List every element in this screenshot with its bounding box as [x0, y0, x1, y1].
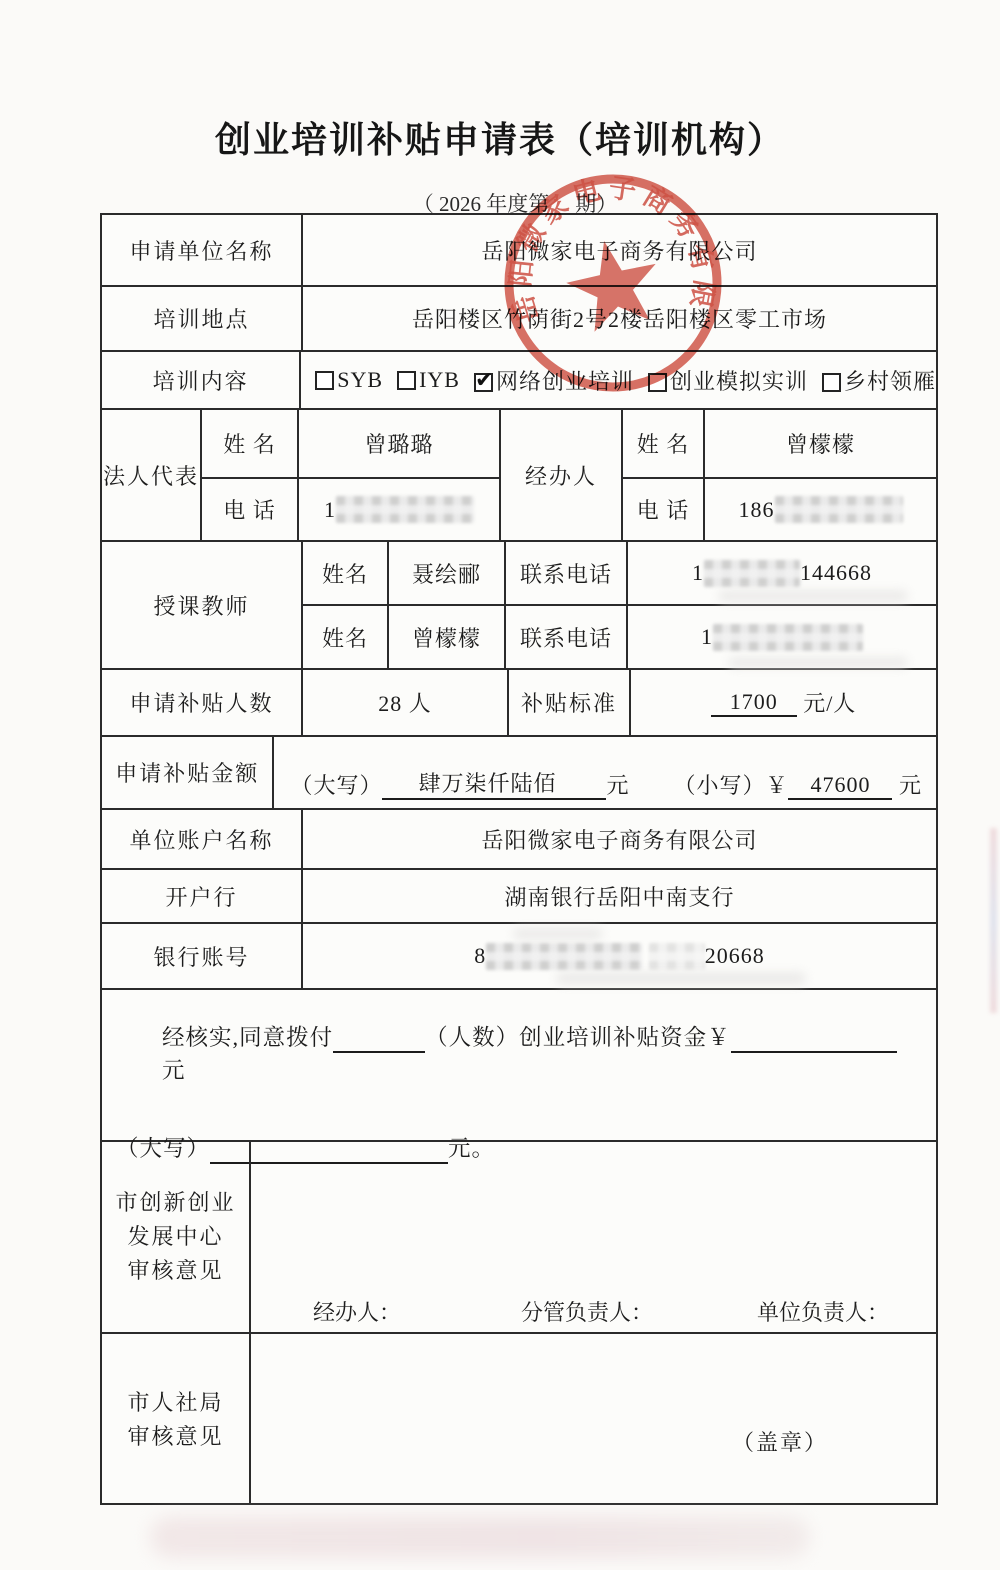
redaction-blur — [486, 943, 642, 970]
label-line: 市创新创业 — [115, 1186, 235, 1220]
table-row: 单位账户名称 岳阳微家电子商务有限公司 — [102, 810, 936, 870]
legal-rep-phone: 1 — [299, 479, 499, 540]
scanned-form-page: 创业培训补贴申请表（培训机构） （ 2026 年度第期） 申请单位名称 岳阳微家… — [0, 0, 1000, 1570]
account-no-label: 银行账号 — [102, 924, 303, 988]
phone-prefix: 1 — [324, 497, 336, 523]
standard-value: 1700 元/人 — [631, 670, 936, 735]
teacher1-name-label: 姓名 — [303, 542, 389, 604]
caps-amount: 肆万柒仟陆佰 — [382, 767, 592, 800]
scan-smudge — [718, 590, 908, 602]
option-label: 乡村领雁 — [844, 369, 936, 394]
caps-label: （大写） — [290, 769, 382, 800]
table-row: 法人代表 姓 名 曾璐璐 电 话 1 经办人 姓 名 曾檬檬 — [102, 410, 936, 542]
agent-label: 经办人 — [501, 410, 623, 540]
account-no-value: 8 20668 — [303, 924, 936, 988]
small-label: （小写）￥ — [673, 769, 788, 800]
company-seal-stamp: 岳阳微家电子商务有限公司 — [472, 141, 755, 425]
option-label: SYB — [337, 367, 383, 392]
table-row: 开户行 湖南银行岳阳中南支行 — [102, 870, 936, 924]
legal-rep-label: 法人代表 — [102, 410, 202, 540]
legal-rep-phone-label: 电 话 — [202, 479, 299, 540]
table-row: 经核实,同意拨付 （人数）创业培训补贴资金￥ 元 （大写） 元。 — [102, 990, 936, 1142]
option-syb: SYB — [315, 367, 383, 393]
location-label: 培训地点 — [102, 287, 303, 350]
verify-line1: 经核实,同意拨付 （人数）创业培训补贴资金￥ 元 — [116, 1020, 916, 1085]
agent-name: 曾檬檬 — [705, 410, 936, 477]
teacher1-phone-label: 联系电话 — [506, 542, 628, 604]
scan-smudge — [728, 657, 908, 668]
table-row: 银行账号 8 20668 — [102, 924, 936, 990]
checkbox-icon — [822, 373, 841, 392]
account-name-label: 单位账户名称 — [102, 810, 303, 868]
seal-hint: （盖章） — [732, 1426, 828, 1457]
center-review-label: 市创新创业 发展中心 审核意见 — [102, 1142, 251, 1332]
table-row: 市创新创业 发展中心 审核意见 经办人： 分管负责人： 单位负责人： — [102, 1142, 936, 1334]
label-line: 发展中心 — [115, 1220, 235, 1254]
amount-value: （大写）肆万柒仟陆佰 元（小写）￥47600 元 — [274, 737, 936, 808]
table-row: 授课教师 姓名 聂绘郦 联系电话 1144668 姓名 曾檬檬 联系电话 — [102, 542, 936, 670]
signer-agent: 经办人： — [313, 1296, 401, 1327]
table-row: 市人社局 审核意见 （盖章） — [102, 1334, 936, 1505]
table-row: 申请补贴人数 28 人 补贴标准 1700 元/人 — [102, 670, 936, 737]
label-line: 审核意见 — [115, 1254, 235, 1288]
center-review-content: 经办人： 分管负责人： 单位负责人： — [251, 1142, 936, 1332]
verify-section: 经核实,同意拨付 （人数）创业培训补贴资金￥ 元 （大写） 元。 — [102, 990, 936, 1140]
caps-unit: 元 — [606, 769, 629, 800]
phone-prefix: 1 — [692, 560, 704, 586]
teachers-label: 授课教师 — [102, 542, 303, 668]
redaction-blur — [713, 624, 863, 651]
signer-supervisor: 分管负责人： — [521, 1296, 653, 1327]
teacher2-phone-label: 联系电话 — [506, 606, 628, 668]
phone-prefix: 186 — [739, 497, 775, 523]
small-unit: 元 — [899, 769, 922, 800]
label-line: 审核意见 — [127, 1420, 223, 1454]
scan-artifact — [990, 828, 997, 1013]
option-rural: 乡村领雁 — [822, 365, 936, 396]
account-suffix: 20668 — [705, 943, 765, 969]
unit-name-label: 申请单位名称 — [102, 215, 303, 285]
bureau-review-label: 市人社局 审核意见 — [102, 1334, 251, 1505]
teacher1-phone: 1144668 — [628, 542, 936, 604]
training-content-label: 培训内容 — [102, 352, 301, 408]
standard-amount: 1700 — [711, 689, 797, 717]
option-iyb: IYB — [397, 367, 460, 393]
redaction-blur — [775, 496, 903, 523]
form-title: 创业培训补贴申请表（培训机构） — [0, 112, 1000, 163]
headcount-value: 28 人 — [303, 670, 509, 735]
bank-label: 开户行 — [102, 870, 303, 922]
standard-unit: 元/人 — [803, 687, 856, 718]
scan-artifact — [150, 1516, 810, 1558]
teacher2-name: 曾檬檬 — [389, 606, 506, 668]
verify-text: 元 — [162, 1058, 186, 1083]
small-amount: 47600 — [788, 772, 892, 800]
phone-suffix: 144668 — [800, 560, 872, 586]
seal-star-icon — [559, 231, 666, 335]
agent-phone-label: 电 话 — [623, 479, 705, 540]
checkbox-icon — [397, 371, 416, 390]
legal-rep-name: 曾璐璐 — [299, 410, 499, 477]
amount-label: 申请补贴金额 — [102, 737, 274, 808]
teacher2-name-label: 姓名 — [303, 606, 389, 668]
scan-smudge — [513, 928, 603, 940]
legal-rep-name-label: 姓 名 — [202, 410, 299, 477]
standard-label: 补贴标准 — [509, 670, 631, 735]
verify-text: （人数）创业培训补贴资金￥ — [425, 1025, 731, 1050]
option-label: IYB — [419, 367, 460, 392]
account-prefix: 8 — [474, 943, 486, 969]
table-row: 申请补贴金额 （大写）肆万柒仟陆佰 元（小写）￥47600 元 — [102, 737, 936, 810]
teacher1-name: 聂绘郦 — [389, 542, 506, 604]
label-line: 市人社局 — [127, 1386, 223, 1420]
bank-value: 湖南银行岳阳中南支行 — [303, 870, 936, 922]
redaction-blur — [704, 560, 800, 587]
signer-unit-head: 单位负责人： — [757, 1296, 889, 1327]
checkbox-checked-icon — [474, 373, 493, 392]
redaction-blur — [336, 496, 474, 523]
verify-text: 经核实,同意拨付 — [162, 1025, 333, 1050]
agent-phone: 186 — [705, 479, 936, 540]
checkbox-icon — [315, 371, 334, 390]
agent-name-label: 姓 名 — [623, 410, 705, 477]
scan-smudge — [556, 972, 806, 985]
bureau-review-content: （盖章） — [251, 1334, 936, 1505]
teacher2-phone: 1 — [628, 606, 936, 668]
redaction-blur — [649, 943, 705, 970]
account-name-value: 岳阳微家电子商务有限公司 — [303, 810, 936, 868]
phone-prefix: 1 — [701, 624, 713, 650]
headcount-label: 申请补贴人数 — [102, 670, 303, 735]
